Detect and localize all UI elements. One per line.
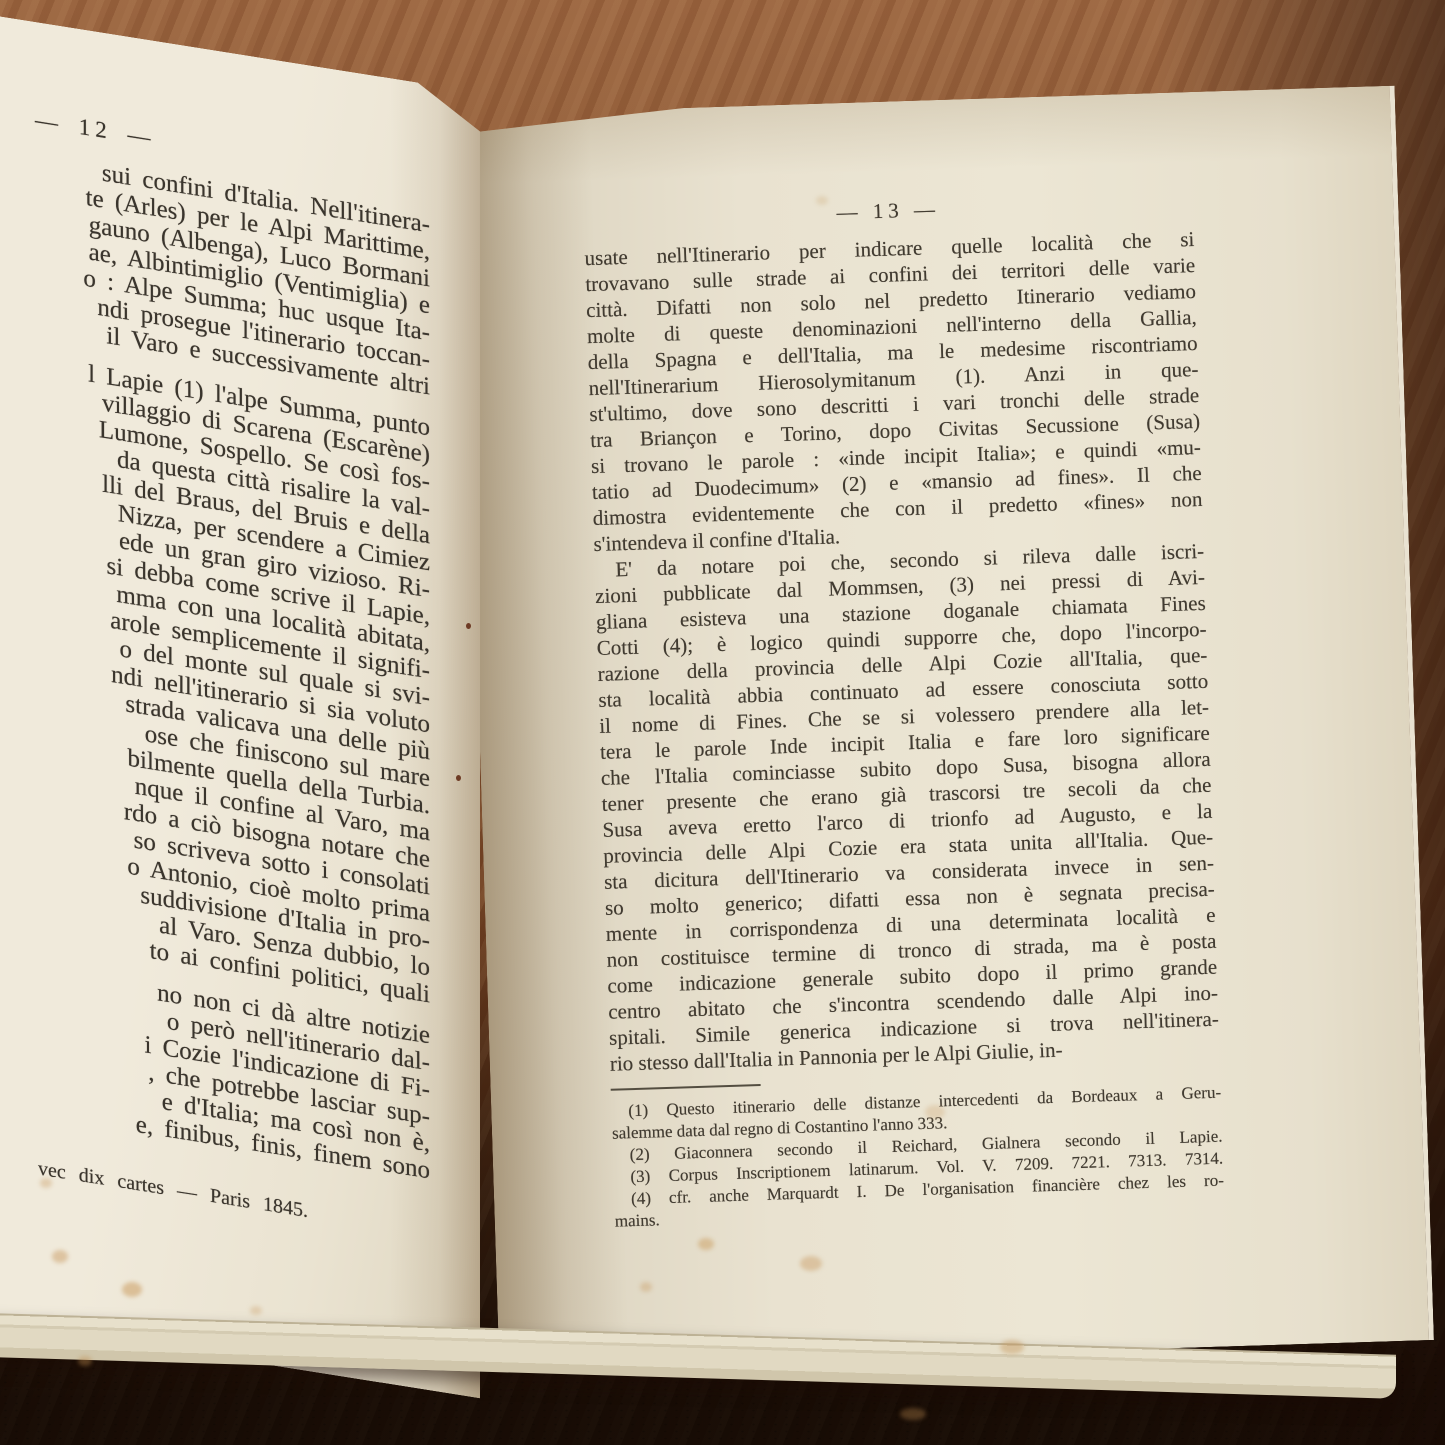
- left-page-text-block: — 12 — sui confini d'Italia. Nell'itiner…: [0, 67, 430, 1242]
- footnotes: (1) Questo itinerario delle distanze int…: [611, 1082, 1225, 1233]
- right-page-text-block: — 13 — usate nell'Itinerario per indicar…: [583, 188, 1225, 1233]
- paragraph: E' da notare poi che, secondo si rileva …: [594, 538, 1220, 1077]
- paragraphs: sui confini d'Italia. Nell'itinera-te (A…: [0, 110, 430, 1184]
- right-page: — 13 — usate nell'Itinerario per indicar…: [460, 86, 1434, 1370]
- paragraph: usate nell'Itinerario per indicare quell…: [584, 226, 1203, 557]
- footnote-rule: [611, 1084, 761, 1091]
- page-number-right: — 13 —: [583, 188, 1194, 233]
- photo-open-book-on-wood-table: — 13 — usate nell'Itinerario per indicar…: [0, 0, 1445, 1445]
- left-page: — 12 — sui confini d'Italia. Nell'itiner…: [0, 10, 480, 1398]
